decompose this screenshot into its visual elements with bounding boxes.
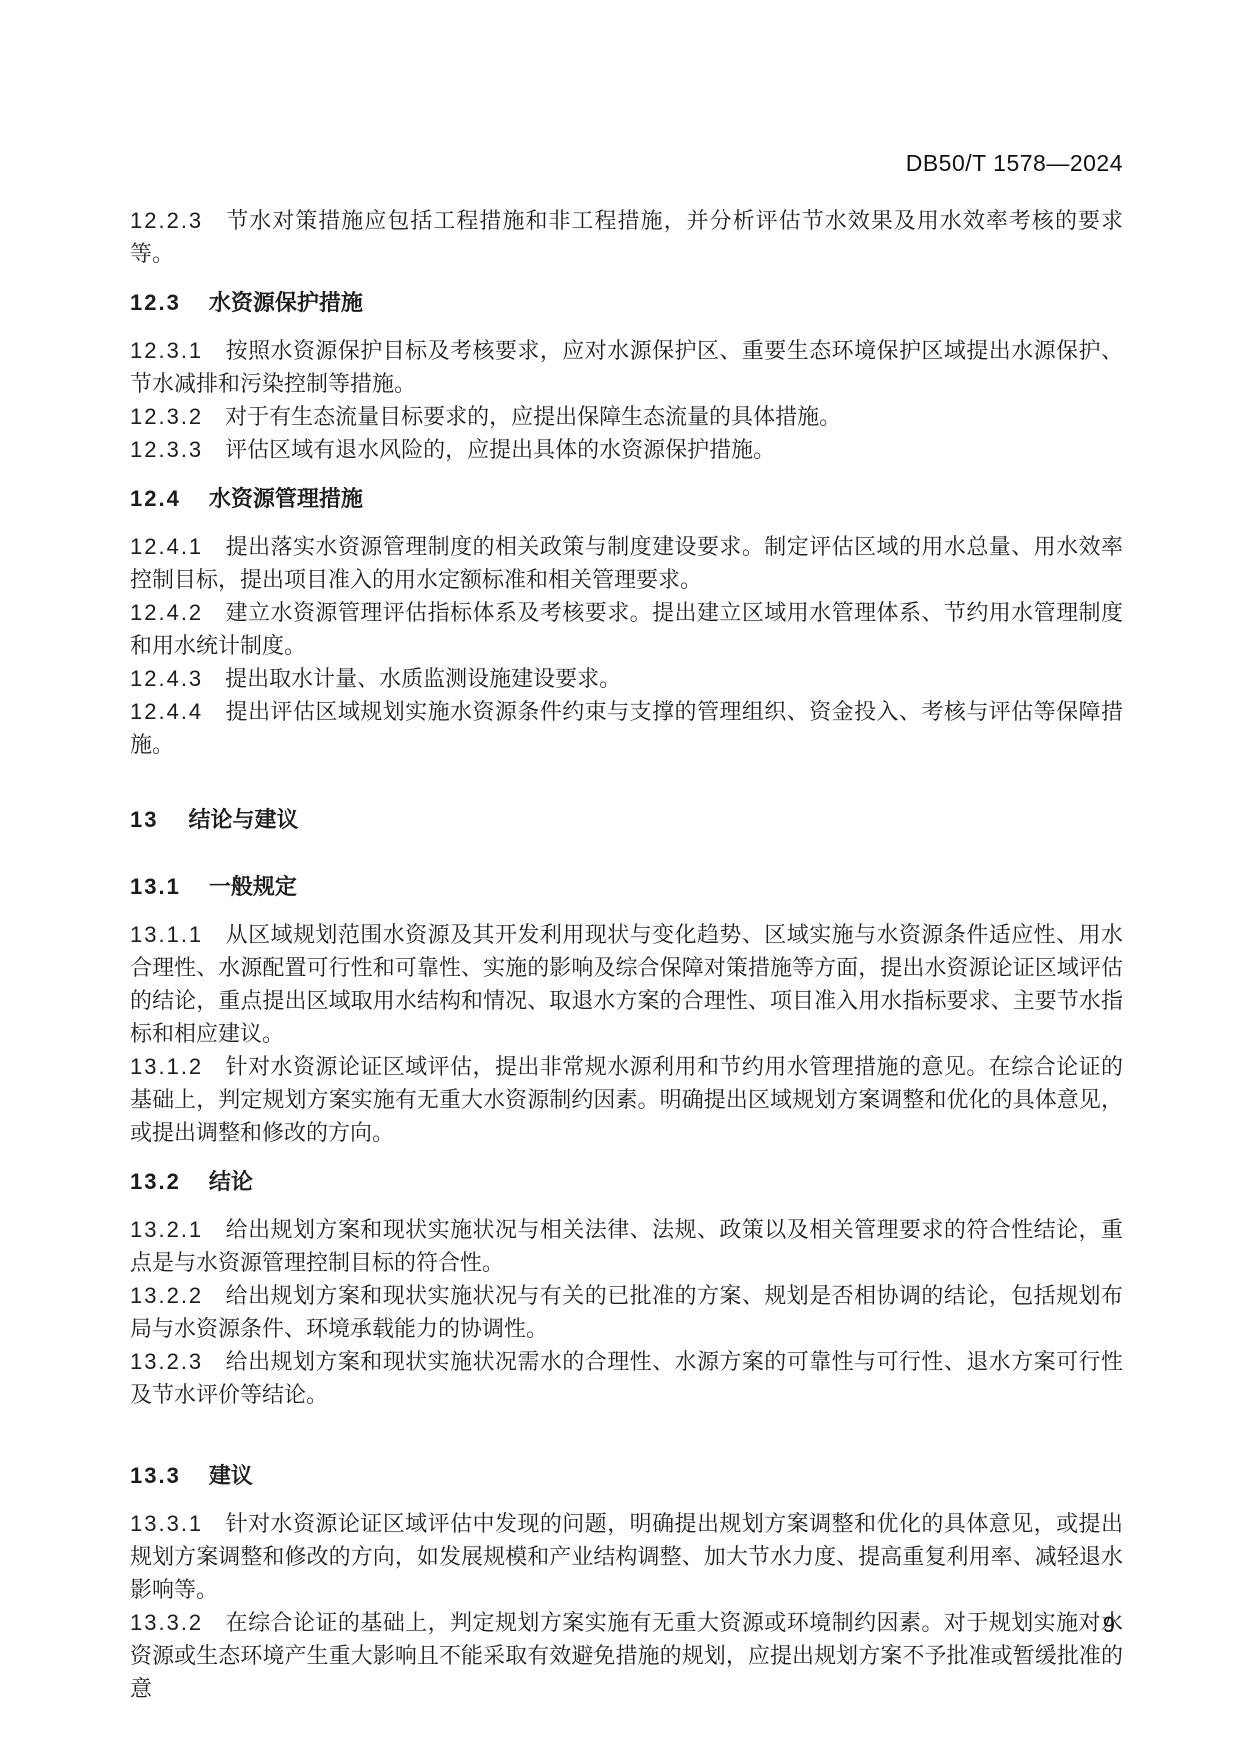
standard-number: DB50/T 1578—2024 [906, 150, 1123, 176]
section-number: 12.3 [130, 290, 209, 315]
clause-text: 评估区域有退水风险的，应提出具体的水资源保护措施。 [225, 437, 775, 462]
section-title: 水资源保护措施 [209, 290, 363, 315]
page-footer: 9 [130, 1612, 1115, 1638]
clause-text: 按照水资源保护目标及考核要求，应对水源保护区、重要生态环境保护区域提出水源保护、… [130, 338, 1123, 396]
clause-13-1-1: 13.1.1从区域规划范围水资源及其开发利用现状与变化趋势、区域实施与水资源条件… [130, 918, 1123, 1050]
clause-text: 对于有生态流量目标要求的，应提出保障生态流量的具体措施。 [225, 404, 841, 429]
clause-number: 12.3.1 [130, 338, 225, 363]
clause-12-4-1: 12.4.1提出落实水资源管理制度的相关政策与制度建设要求。制定评估区域的用水总… [130, 530, 1123, 596]
clause-number: 12.4.3 [130, 666, 225, 691]
clause-number: 13.1.1 [130, 922, 225, 947]
clause-text: 提出落实水资源管理制度的相关政策与制度建设要求。制定评估区域的用水总量、用水效率… [130, 534, 1123, 592]
clause-number: 13.2.2 [130, 1283, 225, 1308]
chapter-heading-13: 13结论与建议 [130, 803, 1123, 836]
clause-number: 13.2.1 [130, 1217, 225, 1242]
clause-number: 12.4.4 [130, 699, 225, 724]
clause-text: 给出规划方案和现状实施状况与有关的已批准的方案、规划是否相协调的结论，包括规划布… [130, 1283, 1123, 1341]
clause-text: 针对水资源论证区域评估中发现的问题，明确提出规划方案调整和优化的具体意见，或提出… [130, 1511, 1123, 1602]
clause-13-2-2: 13.2.2给出规划方案和现状实施状况与有关的已批准的方案、规划是否相协调的结论… [130, 1279, 1123, 1345]
clause-text: 从区域规划范围水资源及其开发利用现状与变化趋势、区域实施与水资源条件适应性、用水… [130, 922, 1123, 1046]
section-title: 水资源管理措施 [209, 486, 363, 511]
clause-text: 针对水资源论证区域评估，提出非常规水源利用和节约用水管理措施的意见。在综合论证的… [130, 1054, 1123, 1145]
clause-12-3-2: 12.3.2对于有生态流量目标要求的，应提出保障生态流量的具体措施。 [130, 400, 1123, 433]
running-header: DB50/T 1578—2024 [130, 150, 1123, 176]
clause-text: 节水对策措施应包括工程措施和非工程措施，并分析评估节水效果及用水效率考核的要求等… [130, 208, 1123, 266]
section-heading-13-1: 13.1一般规定 [130, 870, 1123, 903]
section-title: 结论 [209, 1169, 253, 1194]
clause-number: 12.4.1 [130, 534, 225, 559]
clause-text: 提出取水计量、水质监测设施建设要求。 [225, 666, 621, 691]
section-number: 13.2 [130, 1169, 209, 1194]
clause-13-2-3: 13.2.3给出规划方案和现状实施状况需水的合理性、水源方案的可靠性与可行性、退… [130, 1345, 1123, 1411]
clause-text: 给出规划方案和现状实施状况与相关法律、法规、政策以及相关管理要求的符合性结论，重… [130, 1217, 1123, 1275]
clause-text: 提出评估区域规划实施水资源条件约束与支撑的管理组织、资金投入、考核与评估等保障措… [130, 699, 1123, 757]
clause-text: 给出规划方案和现状实施状况需水的合理性、水源方案的可靠性与可行性、退水方案可行性… [130, 1349, 1123, 1407]
clause-13-1-2: 13.1.2针对水资源论证区域评估，提出非常规水源利用和节约用水管理措施的意见。… [130, 1050, 1123, 1149]
section-number: 13.3 [130, 1463, 209, 1488]
section-heading-12-3: 12.3水资源保护措施 [130, 286, 1123, 319]
clause-13-3-1: 13.3.1针对水资源论证区域评估中发现的问题，明确提出规划方案调整和优化的具体… [130, 1507, 1123, 1606]
clause-12-4-2: 12.4.2建立水资源管理评估指标体系及考核要求。提出建立区域用水管理体系、节约… [130, 596, 1123, 662]
section-title: 一般规定 [209, 874, 297, 899]
clause-12-3-3: 12.3.3评估区域有退水风险的，应提出具体的水资源保护措施。 [130, 433, 1123, 466]
clause-13-2-1: 13.2.1给出规划方案和现状实施状况与相关法律、法规、政策以及相关管理要求的符… [130, 1213, 1123, 1279]
section-heading-12-4: 12.4水资源管理措施 [130, 482, 1123, 515]
page-content: DB50/T 1578—2024 12.2.3节水对策措施应包括工程措施和非工程… [0, 0, 1241, 1705]
clause-12-2-3: 12.2.3节水对策措施应包括工程措施和非工程措施，并分析评估节水效果及用水效率… [130, 204, 1123, 270]
clause-number: 12.3.3 [130, 437, 225, 462]
page-number: 9 [1103, 1612, 1115, 1637]
clause-12-3-1: 12.3.1按照水资源保护目标及考核要求，应对水源保护区、重要生态环境保护区域提… [130, 334, 1123, 400]
clause-number: 12.2.3 [130, 208, 225, 233]
chapter-number: 13 [130, 807, 188, 832]
document-page: DB50/T 1578—2024 12.2.3节水对策措施应包括工程措施和非工程… [0, 0, 1241, 1754]
section-number: 12.4 [130, 486, 209, 511]
clause-number: 12.4.2 [130, 600, 225, 625]
section-heading-13-3: 13.3建议 [130, 1459, 1123, 1492]
section-number: 13.1 [130, 874, 209, 899]
clause-number: 13.3.1 [130, 1511, 225, 1536]
clause-number: 13.2.3 [130, 1349, 225, 1374]
section-title: 建议 [209, 1463, 253, 1488]
clause-number: 13.1.2 [130, 1054, 225, 1079]
clause-12-4-3: 12.4.3提出取水计量、水质监测设施建设要求。 [130, 662, 1123, 695]
clause-12-4-4: 12.4.4提出评估区域规划实施水资源条件约束与支撑的管理组织、资金投入、考核与… [130, 695, 1123, 761]
clause-number: 12.3.2 [130, 404, 225, 429]
chapter-title: 结论与建议 [188, 807, 298, 832]
section-heading-13-2: 13.2结论 [130, 1165, 1123, 1198]
clause-text: 建立水资源管理评估指标体系及考核要求。提出建立区域用水管理体系、节约用水管理制度… [130, 600, 1123, 658]
